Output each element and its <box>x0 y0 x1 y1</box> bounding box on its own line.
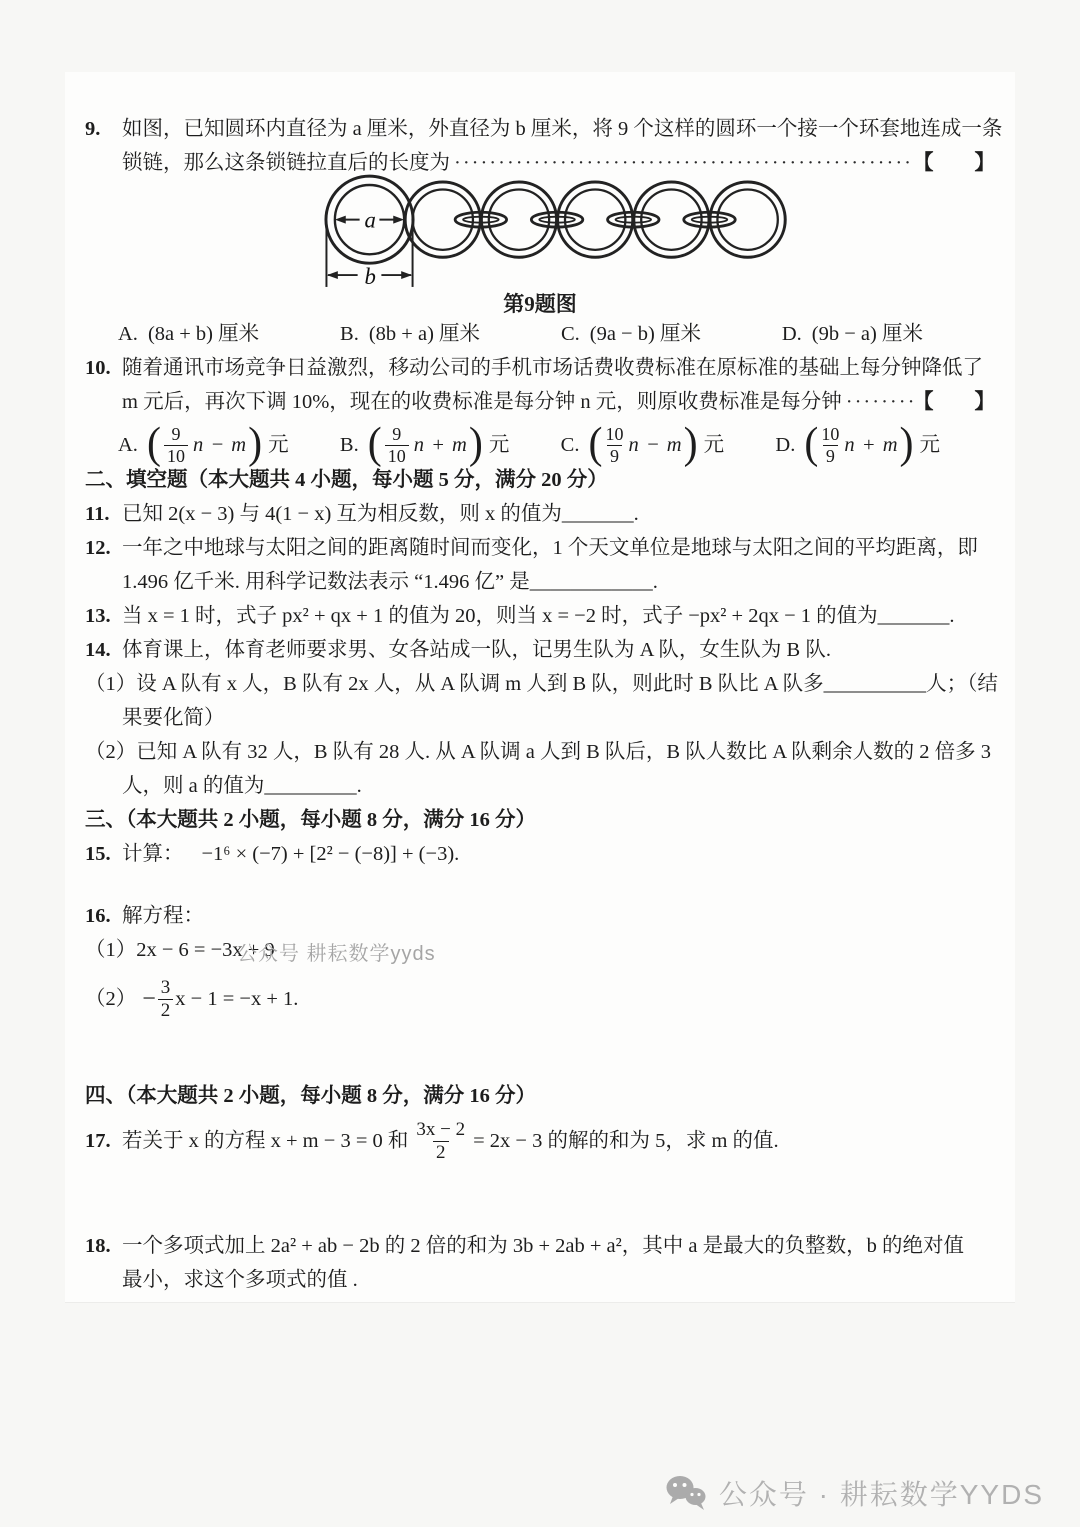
question-17: 17.若关于 x 的方程 x + m − 3 = 0 和3x − 22= 2x … <box>85 1113 995 1169</box>
option-expression: n + m <box>844 428 898 462</box>
question-12: 12.一年之中地球与太阳之间的距离随时间而变化，1 个天文单位是地球与太阳之间的… <box>85 531 995 599</box>
option-label: A. <box>118 428 138 462</box>
question-number: 16. <box>85 899 122 933</box>
option-label: C. <box>561 323 580 345</box>
question-text: m 元后，再次下调 10%，现在的收费标准是每分钟 n 元，则原收费标准是每分钟 <box>122 385 842 419</box>
q9-option-c: C.(9a − b) 厘米 <box>561 317 701 351</box>
question-text: 一个多项式加上 2a² + ab − 2b 的 2 倍的和为 3b + 2ab … <box>122 1235 964 1257</box>
question-15: 15.计算：−1⁶ × (−7) + [2² − (−8)] + (−3). <box>85 837 995 871</box>
watermark-text: 公众号 · 耕耘数学YYDS <box>719 1473 1044 1513</box>
question-text: 已知 2(x − 3) 与 4(1 − x) 互为相反数，则 x 的值为____… <box>122 503 639 525</box>
left-paren: ( <box>588 425 602 465</box>
question-10: 10.随着通讯市场竞争日益激烈，移动公司的手机市场话费收费标准在原标准的基础上每… <box>85 351 995 419</box>
part-text: 已知 A 队有 32 人，B 队有 28 人. 从 A 队调 a 人到 B 队后… <box>136 741 991 763</box>
option-label: A. <box>118 323 138 345</box>
arrowhead-right <box>401 271 412 279</box>
question-number: 14. <box>85 633 122 667</box>
right-paren: ) <box>900 425 914 465</box>
equation: x − 1 = −x + 1. <box>175 982 298 1016</box>
right-paren: ) <box>684 425 698 465</box>
q9-option-b: B.(8b + a) 厘米 <box>340 317 480 351</box>
question-18-line-2: 最小，求这个多项式的值 . <box>85 1263 995 1297</box>
figure-caption: 第9题图 <box>85 291 995 317</box>
fraction-denominator: 2 <box>158 999 174 1022</box>
fraction-numerator: 3x − 2 <box>416 1119 465 1141</box>
question-text: 体育课上，体育老师要求男、女各站成一队，记男生队为 A 队，女生队为 B 队. <box>122 639 831 661</box>
part-label: （1） <box>85 673 136 695</box>
q9-options: A.(8a + b) 厘米 B.(8b + a) 厘米 C.(9a − b) 厘… <box>85 317 995 351</box>
q9-option-d: D.(9b − a) 厘米 <box>782 317 923 351</box>
part-text: 设 A 队有 x 人，B 队有 2x 人，从 A 队调 m 人到 B 队，则此时… <box>136 673 998 695</box>
part-label: （2） <box>85 741 136 763</box>
question-number: 12. <box>85 531 122 565</box>
q10-option-a: A.(910n − m)元 <box>118 424 289 466</box>
question-14-part-2-cont: 人，则 a 的值为_________. <box>85 769 995 803</box>
question-12-line-2: 1.496 亿千米. 用科学记数法表示 “1.496 亿” 是_________… <box>85 565 995 599</box>
question-number: 10. <box>85 351 122 385</box>
option-text: (9a − b) 厘米 <box>590 323 701 345</box>
section-3-header: 三、（本大题共 2 小题，每小题 8 分，满分 16 分） <box>85 803 995 837</box>
expression: −1⁶ × (−7) + [2² − (−8)] + (−3). <box>202 843 460 865</box>
question-text: 一年之中地球与太阳之间的距离随时间而变化，1 个天文单位是地球与太阳之间的平均距… <box>122 537 978 559</box>
question-9: 9.如图，已知圆环内直径为 a 厘米，外直径为 b 厘米，将 9 个这样的圆环一… <box>85 112 995 180</box>
question-9-line-2: 锁链，那么这条锁链拉直后的长度为························… <box>85 146 995 180</box>
fraction: 910 <box>164 424 188 466</box>
answer-bracket: 【 】 <box>913 385 995 419</box>
question-10-line-1: 10.随着通讯市场竞争日益激烈，移动公司的手机市场话费收费标准在原标准的基础上每… <box>85 351 995 385</box>
question-18: 18.一个多项式加上 2a² + ab − 2b 的 2 倍的和为 3b + 2… <box>85 1229 995 1297</box>
minus-sign: − <box>142 982 156 1016</box>
option-text: (8b + a) 厘米 <box>369 323 480 345</box>
q10-option-c: C.(109n − m)元 <box>561 424 724 466</box>
answer-bracket: 【 】 <box>913 146 995 180</box>
page-content: 9.如图，已知圆环内直径为 a 厘米，外直径为 b 厘米，将 9 个这样的圆环一… <box>65 72 1015 1297</box>
question-16: 16.解方程： （1）2x − 6 = −3x + 9公众号 耕耘数学yyds … <box>85 899 995 1027</box>
arrowhead-right <box>393 216 404 224</box>
question-number: 13. <box>85 599 122 633</box>
section-4-header: 四、（本大题共 2 小题，每小题 8 分，满分 16 分） <box>85 1079 995 1113</box>
left-paren: ( <box>147 425 161 465</box>
option-unit: 元 <box>268 428 289 462</box>
question-10-line-2: m 元后，再次下调 10%，现在的收费标准是每分钟 n 元，则原收费标准是每分钟… <box>85 385 995 419</box>
question-11: 11.已知 2(x − 3) 与 4(1 − x) 互为相反数，则 x 的值为_… <box>85 497 995 531</box>
part-label: （2） <box>85 982 136 1016</box>
fraction-denominator: 9 <box>607 445 622 467</box>
watermark-mid: 公众号 耕耘数学yyds <box>237 937 436 971</box>
chain-links <box>455 212 735 227</box>
fraction: 109 <box>821 424 839 466</box>
part-label: （1） <box>85 939 136 961</box>
question-16-title: 16.解方程： <box>85 899 995 933</box>
q10-option-d: D.(109n + m)元 <box>775 424 940 466</box>
question-label: 计算： <box>122 843 184 865</box>
question-14-part-2: （2）已知 A 队有 32 人，B 队有 28 人. 从 A 队调 a 人到 B… <box>85 735 995 769</box>
question-14-part-1-cont: 果要化简） <box>85 701 995 735</box>
option-unit: 元 <box>489 428 510 462</box>
question-18-line-1: 18.一个多项式加上 2a² + ab − 2b 的 2 倍的和为 3b + 2… <box>85 1229 995 1263</box>
chain-figure: a b <box>322 174 995 317</box>
question-number: 11. <box>85 497 122 531</box>
outer-diameter-label: b <box>365 264 376 289</box>
fraction: 32 <box>158 977 174 1022</box>
question-12-line-1: 12.一年之中地球与太阳之间的距离随时间而变化，1 个天文单位是地球与太阳之间的… <box>85 531 995 565</box>
question-14-part-1: （1）设 A 队有 x 人，B 队有 2x 人，从 A 队调 m 人到 B 队，… <box>85 667 995 701</box>
ring-chain-diagram: a b <box>322 174 807 293</box>
bottom-watermark: 公众号 · 耕耘数学YYDS <box>665 1473 1044 1513</box>
question-14-intro: 14.体育课上，体育老师要求男、女各站成一队，记男生队为 A 队，女生队为 B … <box>85 633 995 667</box>
arrowhead-left <box>335 216 346 224</box>
question-14: 14.体育课上，体育老师要求男、女各站成一队，记男生队为 A 队，女生队为 B … <box>85 633 995 803</box>
question-text: 如图，已知圆环内直径为 a 厘米，外直径为 b 厘米，将 9 个这样的圆环一个接… <box>122 118 1002 140</box>
fraction-numerator: 3 <box>161 977 171 999</box>
option-label: B. <box>340 428 359 462</box>
question-13: 13.当 x = 1 时，式子 px² + qx + 1 的值为 20，则当 x… <box>85 599 995 633</box>
question-number: 17. <box>85 1124 122 1158</box>
fraction: 3x − 22 <box>416 1119 465 1164</box>
option-expression: n − m <box>193 428 247 462</box>
measured-ring: a b <box>326 176 413 289</box>
fraction-numerator: 9 <box>171 424 180 445</box>
question-number: 15. <box>85 837 122 871</box>
question-16-equation-1: （1）2x − 6 = −3x + 9公众号 耕耘数学yyds <box>85 933 995 967</box>
q9-option-a: A.(8a + b) 厘米 <box>118 317 259 351</box>
option-expression: n − m <box>628 428 682 462</box>
option-text: (9b − a) 厘米 <box>812 323 923 345</box>
dot-leader: ········································… <box>842 385 913 419</box>
fraction: 910 <box>385 424 409 466</box>
fraction-denominator: 9 <box>823 445 838 467</box>
fraction-numerator: 10 <box>821 424 839 445</box>
wechat-icon <box>665 1475 707 1511</box>
question-text: 若关于 x 的方程 x + m − 3 = 0 和 <box>122 1124 408 1158</box>
option-expression: n + m <box>414 428 468 462</box>
left-paren: ( <box>368 425 382 465</box>
option-unit: 元 <box>920 428 941 462</box>
inner-diameter-label: a <box>365 208 376 233</box>
fraction: 109 <box>605 424 623 466</box>
q10-option-b: B.(910n + m)元 <box>340 424 509 466</box>
section-2-header: 二、填空题（本大题共 4 小题，每小题 5 分，满分 20 分） <box>85 463 995 497</box>
fraction-denominator: 2 <box>433 1141 449 1164</box>
option-label: D. <box>782 323 802 345</box>
fraction-numerator: 9 <box>392 424 401 445</box>
question-text: 随着通讯市场竞争日益激烈，移动公司的手机市场话费收费标准在原标准的基础上每分钟降… <box>122 357 983 379</box>
fraction-numerator: 10 <box>605 424 623 445</box>
right-paren: ) <box>248 425 262 465</box>
question-text: = 2x − 3 的解的和为 5，求 m 的值. <box>473 1124 779 1158</box>
option-label: B. <box>340 323 359 345</box>
question-text: 解方程： <box>122 905 204 927</box>
scanned-exam-page: 9.如图，已知圆环内直径为 a 厘米，外直径为 b 厘米，将 9 个这样的圆环一… <box>65 72 1015 1303</box>
option-text: (8a + b) 厘米 <box>148 323 259 345</box>
question-9-line-1: 9.如图，已知圆环内直径为 a 厘米，外直径为 b 厘米，将 9 个这样的圆环一… <box>85 112 995 146</box>
question-text: 当 x = 1 时，式子 px² + qx + 1 的值为 20，则当 x = … <box>122 605 955 627</box>
question-number: 9. <box>85 112 122 146</box>
option-label: D. <box>775 428 795 462</box>
left-paren: ( <box>804 425 818 465</box>
right-paren: ) <box>469 425 483 465</box>
option-unit: 元 <box>704 428 725 462</box>
question-number: 18. <box>85 1229 122 1263</box>
question-16-equation-2: （2）−32x − 1 = −x + 1. <box>85 971 995 1027</box>
question-text: 锁链，那么这条锁链拉直后的长度为 <box>122 146 450 180</box>
option-label: C. <box>561 428 580 462</box>
dot-leader: ········································… <box>450 146 913 180</box>
arrowhead-left <box>327 271 338 279</box>
